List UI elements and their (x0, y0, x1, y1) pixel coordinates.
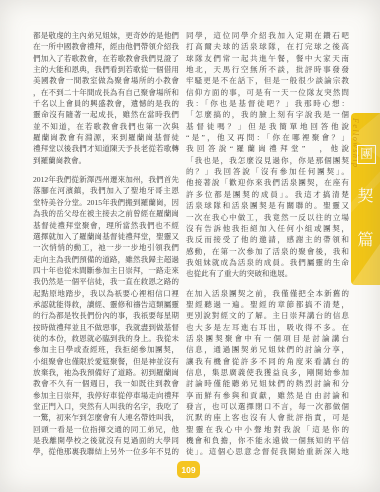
text-line: 信仰方面的事，可是有一天一位隊友突然問 (186, 87, 349, 98)
text-line: 我姐妹就成為活泉的成員。我們屬靈的生命 (186, 257, 349, 268)
text-line: 基督徒嗎？」但是我簡單地回答他說 (186, 121, 349, 132)
text-line: 更別說對經文的了解。主日崇拜講台的信息 (186, 310, 349, 321)
text-line: 們加入了若歌教會，在若歌教會我們見證了 (33, 53, 179, 64)
text-line: 堂特美谷分堂。2015年我們搬到羅蘭崗，因 (33, 197, 179, 208)
text-line: 都是敬虔的主內弟兄姐妹，更奇妙的是他們 (33, 30, 179, 41)
text-line: 的行為都是牧長們份內的事，我祇要每星期 (33, 310, 179, 321)
text-line: 羅蘭崗教會有淵源，來到羅蘭崗基督徒 (33, 132, 179, 143)
text-line: 2012年我們從新澤西州遷來加州，我們首先 (33, 174, 179, 185)
text-line: 在加入活泉團契之前，我僅僅把全本新舊的 (186, 288, 349, 299)
text-line: 的？」我回答說「沒有參加任何團契」。 (186, 166, 349, 177)
text-line: 承認就能得救，讀經、靈修和禱告這類屬靈 (33, 299, 179, 310)
text-line: 回頭一看是一位指揮交通的同工弟兄，他 (33, 424, 179, 435)
text-line: 走向主為我們預備的道路，雖然我歸主超過 (33, 254, 179, 265)
text-line: 許多位都是團契的成員」。我這才搞清楚 (186, 189, 349, 200)
text-line: 「我也是，我怎麼沒見過你，你是那個團契 (186, 155, 349, 166)
chapter-char: 契 (351, 189, 380, 205)
text-line: 千名以上會員的興盛教會，遺憾的是我的 (33, 98, 179, 109)
text-line: 我：「你也是基督徒吧？」我那時心想： (186, 98, 349, 109)
text-line: 聖經聽過一遍。聖經的章節都搞不清楚， (186, 299, 349, 310)
text-line: 落腳在河濱鎮，我們加入了聖地牙哥主恩 (33, 185, 179, 196)
text-line: 並不知道，在若歌教會我們也第一次與 (33, 121, 179, 132)
chapter-char-boxed: 團 (357, 145, 376, 164)
text-line: 聖靈在我心中小聲地對我說「這是你的 (186, 424, 349, 435)
text-line: 徒」。這個心思意念督促我開始重新深入地 (186, 446, 349, 457)
text-line: 參加主日崇拜，我停好車從停車場走向禮拜 (33, 390, 179, 401)
text-line: 機會和負擔，你不能永遠做一個無知的平信 (186, 435, 349, 446)
text-line: 禮拜堂以後我們才知道陳天予長老從若歌轉 (33, 143, 179, 154)
text-line: 一次悄悄的動工，祂一步一步地引領我們 (33, 242, 179, 253)
text-line: 討論時僅能聽弟兄姐妹們的熱烈討論和分 (186, 378, 349, 389)
left-text-column: 都是敬虔的主內弟兄姐妹，更奇妙的是他們在一所中國教會禮拜，經由他們帶領介紹我們加… (33, 30, 179, 458)
text-line: 我反而接受了他的邀請，感謝主的帶領和 (186, 234, 349, 245)
paragraph: 都是敬虔的主內弟兄姐妹，更奇妙的是他們在一所中國教會禮拜，經由他們帶領介紹我們加… (33, 30, 179, 166)
text-line: 沉默的座上客也沒有人會批評指責，可是 (186, 412, 349, 423)
paragraph: 2012年我們從新澤西州遷來加州，我們首先落腳在河濱鎮，我們加入了聖地牙哥主恩堂… (33, 174, 179, 458)
text-line: 四十年也從未間斷參加主日崇拜，一路走來 (33, 265, 179, 276)
text-line: 享而鮮有參與和貢獻，雖然是自由討論和 (186, 390, 349, 401)
text-line: 是我離開學校之後就沒有見過面的大學同 (33, 435, 179, 446)
text-line: 地北，天馬行空無所不談，批評時事發發 (186, 64, 349, 75)
text-line: 也從此有了重大的突破和進展。 (186, 268, 349, 279)
text-line: 美國教會一間教室做為聚會場所的小教會 (33, 75, 179, 86)
text-line: ，在不到二十年間成長為有自己聚會場所和 (33, 87, 179, 98)
text-line: 打高爾夫球的活泉球隊，在打完球之後高 (186, 41, 349, 52)
text-line: 堂正門入口，突然有人叫我的名字，我吃了 (33, 401, 179, 412)
text-line: 我仍然是一個平信徒，我一直在救恩之路的 (33, 276, 179, 287)
chapter-char: 篇 (351, 233, 380, 249)
text-line: 按時做禮拜並且不做惡事，我就盡到做基督 (33, 322, 179, 333)
text-line: “是”，他又再問：「你在哪裡聚會？」 (186, 132, 349, 143)
text-line: 我回答說“羅蘭崗禮拜堂” ，他說 (186, 143, 349, 154)
text-line: 一次在我心中做工，我竟然一反以往的立場 (186, 212, 349, 223)
text-line: 主的大能和恩典，我們看到若歌從一個借用 (33, 64, 179, 75)
text-line: 發言，也可以選擇閉口不言，每一次都做個 (186, 401, 349, 412)
text-line: 信息，通過團契弟兄姐妹們的討論分享， (186, 344, 349, 355)
text-line: 起點原地踏步，我以為祇要心裡相信口裡 (33, 288, 179, 299)
paragraph: 同學，這位同學介紹我加入定期在鑽石吧打高爾夫球的活泉球隊，在打完球之後高球隊友們… (186, 30, 349, 280)
text-line: 為我的岳父母在被主接去之前曾經在羅蘭崗 (33, 208, 179, 219)
text-line: 感動，在第一次參加了活泉的聚會後，我和 (186, 246, 349, 257)
text-line: 到羅蘭崗教會。 (33, 155, 179, 166)
text-line: 基督徒禮拜堂聚會，理所當然我們也不經 (33, 220, 179, 231)
text-line: 讓我有機會從許多不同的角度來看講台的 (186, 356, 349, 367)
text-line: 在一所中國教會禮拜，經由他們帶領介紹我 (33, 41, 179, 52)
text-line: 球隊友們常一起共進午餐，餐中大家天南 (186, 53, 349, 64)
text-line: 也大多是左耳進右耳出，吸收得不多。在 (186, 322, 349, 333)
text-line: 牢騷更是不在話下，但是一般很少談論宗教 (186, 75, 349, 86)
text-line: 參加主日學或查經班，我拒絕參加團契， (33, 344, 179, 355)
text-line: 靈命沒有隨著一起成長，雖然在當時我們 (33, 109, 179, 120)
text-line: 一驚，初來乍到怎麼會有人連名帶姓叫我， (33, 412, 179, 423)
text-line: 活泉球隊和活泉團契是有關聯的。聖靈又 (186, 200, 349, 211)
text-line: 教會不久有一個週日，我一如既往到教會 (33, 378, 179, 389)
text-line: 徒的本份，救恩就必臨到我的身上。我從未 (33, 333, 179, 344)
page-number-badge: 109 (177, 461, 200, 478)
text-line: 沒有告訴他我拒絕加入任何小組或團契， (186, 223, 349, 234)
text-line: 「怎麼搞的，我的臉上刻有字說我是一個 (186, 109, 349, 120)
right-text-column: 同學，這位同學介紹我加入定期在鑽石吧打高爾夫球的活泉球隊，在打完球之後高球隊友們… (186, 30, 349, 458)
text-line: 放棄我，祂為我預備好了道路。初到羅蘭崗 (33, 367, 179, 378)
fellowship-vertical-label: Fellowship (351, 118, 360, 238)
paragraph: 在加入活泉團契之前，我僅僅把全本新舊的聖經聽過一遍。聖經的章節都搞不清楚，更別說… (186, 288, 349, 458)
text-line: 選擇就加入了羅蘭崗基督徒禮拜堂，聖靈又 (33, 231, 179, 242)
chapter-tab: Fellowship 團 契 篇 (351, 113, 380, 285)
text-line: 活泉團契聚會中有一個項目是討論講台 (186, 333, 349, 344)
text-line: 學，從他那裏我聯結上另外一位多年不見的 (33, 446, 179, 457)
text-line: 他接著說「歡迎你來我們活泉團契，在座有 (186, 177, 349, 188)
text-line: 同學，這位同學介紹我加入定期在鑽石吧 (186, 30, 349, 41)
text-line: 信息，集思廣義使我獲益良多，剛開始參加 (186, 367, 349, 378)
text-line: 小組聚會也僅限於愛筵聚餐，但是神並沒有 (33, 356, 179, 367)
